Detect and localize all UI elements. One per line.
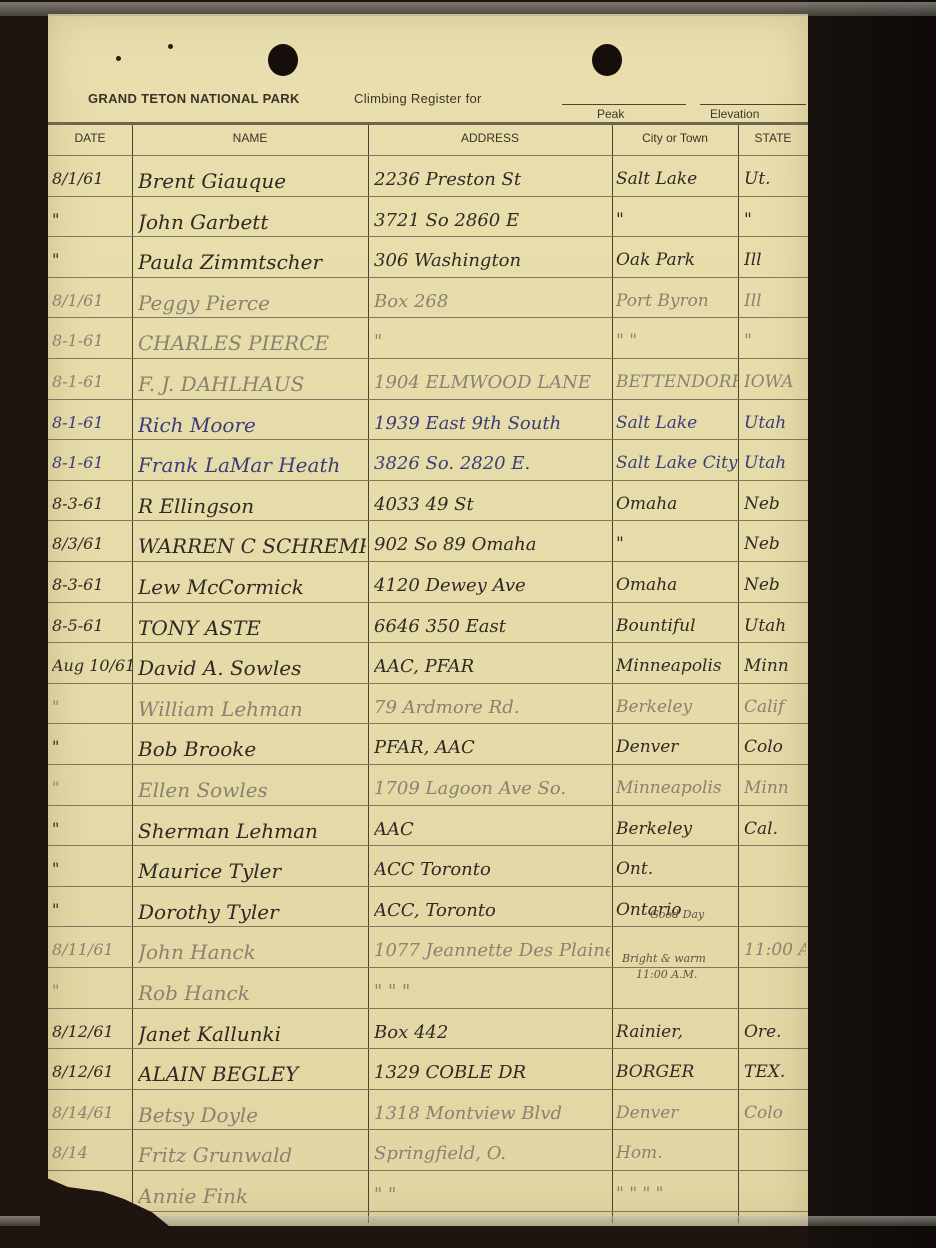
- entry-address: 4033 49 St: [374, 494, 610, 515]
- entry-date: 8/12/61: [52, 1022, 132, 1041]
- entry-name: John Hanck: [138, 940, 366, 964]
- entry-address: 902 So 89 Omaha: [374, 534, 610, 555]
- entry-address: ACC Toronto: [374, 859, 610, 880]
- entry-date: ": [52, 819, 132, 838]
- entry-city: Denver: [616, 1103, 738, 1123]
- entry-name: Fritz Grunwald: [138, 1143, 366, 1167]
- ruled-line: [48, 805, 808, 806]
- entry-address: 6646 350 East: [374, 616, 610, 637]
- entry-address: 1318 Montview Blvd: [374, 1103, 610, 1124]
- entry-name: Betsy Doyle: [138, 1103, 366, 1127]
- entry-state: Minn: [744, 656, 806, 676]
- binder-hole-left: [268, 44, 298, 76]
- entry-city: Ont.: [616, 859, 738, 879]
- entry-address: 1904 ELMWOOD LANE: [374, 372, 610, 393]
- ruled-line: [48, 1129, 808, 1130]
- entry-address: " " ": [374, 981, 610, 1002]
- ruled-line: [48, 439, 808, 440]
- entry-state: Colo: [744, 1103, 806, 1123]
- ruled-line: [48, 602, 808, 603]
- entry-date: 8/3/61: [52, 534, 132, 553]
- entry-date: ": [52, 250, 132, 269]
- entry-name: John Garbett: [138, 210, 366, 234]
- entry-state: Calif: [744, 697, 806, 717]
- park-name: GRAND TETON NATIONAL PARK: [88, 91, 300, 106]
- entry-city: " ": [616, 331, 738, 351]
- entry-state: Utah: [744, 413, 806, 433]
- time-note: 11:00 A.M.: [636, 968, 697, 981]
- entry-state: Colo: [744, 737, 806, 757]
- entry-date: 8/12/61: [52, 1062, 132, 1081]
- column-header-state: STATE: [738, 131, 808, 145]
- entry-date: 8-1-61: [52, 372, 132, 391]
- entry-city: ": [616, 210, 738, 230]
- entry-city: Rainier,: [616, 1022, 738, 1042]
- entry-city: BETTENDORF: [616, 372, 738, 392]
- entry-city: Salt Lake: [616, 413, 738, 433]
- entry-name: David A. Sowles: [138, 656, 366, 680]
- entry-name: Janet Kallunki: [138, 1022, 366, 1046]
- ruled-line: [48, 886, 808, 887]
- entry-city: Minneapolis: [616, 778, 738, 798]
- ruled-line: [48, 1211, 808, 1212]
- ruled-line: [48, 520, 808, 521]
- entry-address: 4120 Dewey Ave: [374, 575, 610, 596]
- entry-date: 8-3-61: [52, 494, 132, 513]
- entry-address: Box 442: [374, 1022, 610, 1043]
- ruled-line: [48, 399, 808, 400]
- entry-address: 79 Ardmore Rd.: [374, 697, 610, 718]
- entry-date: ": [52, 210, 132, 229]
- binder-hole-right: [592, 44, 622, 76]
- column-header-date: DATE: [48, 131, 132, 145]
- entry-date: ": [52, 900, 132, 919]
- entry-state: Ut.: [744, 169, 806, 189]
- entry-city: Bountiful: [616, 616, 738, 636]
- entry-state: Neb: [744, 575, 806, 595]
- ruled-line: [48, 155, 808, 156]
- ruled-line: [48, 723, 808, 724]
- entry-name: Peggy Pierce: [138, 291, 366, 315]
- entry-state: 11:00 AM: [744, 940, 806, 960]
- column-header-address: ADDRESS: [368, 131, 612, 145]
- paper-speck: [116, 56, 121, 61]
- dark-background-frame: [808, 0, 936, 1248]
- paper-speck: [168, 44, 173, 49]
- entry-city: Berkeley: [616, 819, 738, 839]
- entry-name: R Ellingson: [138, 494, 366, 518]
- entry-address: 306 Washington: [374, 250, 610, 271]
- entry-name: Bob Brooke: [138, 737, 366, 761]
- entry-state: Ill: [744, 291, 806, 311]
- entry-state: Utah: [744, 616, 806, 636]
- entry-date: ": [52, 737, 132, 756]
- ruled-line: [48, 277, 808, 278]
- peak-blank-line: [562, 104, 686, 105]
- entry-date: 8-1-61: [52, 331, 132, 350]
- entry-date: Aug 10/61: [52, 656, 132, 675]
- entry-name: Lew McCormick: [138, 575, 366, 599]
- weather-note: Good Day: [650, 908, 704, 921]
- entry-address: 2236 Preston St: [374, 169, 610, 190]
- entry-name: Paula Zimmtscher: [138, 250, 366, 274]
- table-top-rule: [48, 122, 808, 125]
- entry-address: AAC: [374, 819, 610, 840]
- entry-city: " " " ": [616, 1184, 738, 1204]
- entry-date: ": [52, 778, 132, 797]
- entry-date: 8/1/61: [52, 169, 132, 188]
- entry-state: Neb: [744, 534, 806, 554]
- column-divider: [612, 125, 613, 1223]
- ruled-line: [48, 845, 808, 846]
- column-header-name: NAME: [132, 131, 368, 145]
- entry-address: PFAR, AAC: [374, 737, 610, 758]
- ruled-line: [48, 480, 808, 481]
- entry-name: Rich Moore: [138, 413, 366, 437]
- entry-name: Ellen Sowles: [138, 778, 366, 802]
- column-divider: [738, 125, 739, 1223]
- register-label: Climbing Register for: [354, 91, 482, 106]
- entry-name: CHARLES PIERCE: [138, 331, 366, 355]
- entry-state: Utah: [744, 453, 806, 473]
- entry-name: Rob Hanck: [138, 981, 366, 1005]
- entry-state: Minn: [744, 778, 806, 798]
- entry-name: William Lehman: [138, 697, 366, 721]
- entry-address: Box 268: [374, 291, 610, 312]
- entry-date: 8/14/61: [52, 1103, 132, 1122]
- ruled-line: [48, 926, 808, 927]
- entry-state: IOWA: [744, 372, 806, 392]
- entry-address: 1709 Lagoon Ave So.: [374, 778, 610, 799]
- entry-state: ": [744, 331, 806, 351]
- entry-date: 8-5-61: [52, 616, 132, 635]
- entry-date: 8-1-61: [52, 413, 132, 432]
- column-divider: [368, 125, 369, 1223]
- entry-address: 3721 So 2860 E: [374, 210, 610, 231]
- entry-state: Ill: [744, 250, 806, 270]
- entry-name: Brent Giauque: [138, 169, 366, 193]
- elevation-blank-line: [700, 104, 806, 105]
- entry-city: Oak Park: [616, 250, 738, 270]
- entry-name: Maurice Tyler: [138, 859, 366, 883]
- ruled-line: [48, 1089, 808, 1090]
- entry-name: F. J. DAHLHAUS: [138, 372, 366, 396]
- peak-label: Peak: [597, 107, 624, 121]
- entry-city: Salt Lake: [616, 169, 738, 189]
- entry-address: AAC, PFAR: [374, 656, 610, 677]
- entry-state: Neb: [744, 494, 806, 514]
- entry-date: ": [52, 981, 132, 1000]
- ruled-line: [48, 358, 808, 359]
- entry-state: Ore.: [744, 1022, 806, 1042]
- entry-date: 8-3-61: [52, 575, 132, 594]
- ruled-line: [48, 1008, 808, 1009]
- entry-city: Omaha: [616, 494, 738, 514]
- column-header-city: City or Town: [612, 131, 738, 145]
- entry-address: 3826 So. 2820 E.: [374, 453, 610, 474]
- entry-name: WARREN C SCHREMPP: [138, 534, 366, 558]
- entry-state: ": [744, 210, 806, 230]
- ruled-line: [48, 642, 808, 643]
- entry-city: Salt Lake City: [616, 453, 738, 473]
- entry-date: 8/14: [52, 1143, 132, 1162]
- entry-city: Minneapolis: [616, 656, 738, 676]
- ruled-line: [48, 317, 808, 318]
- entry-city: Berkeley: [616, 697, 738, 717]
- entry-state: Cal.: [744, 819, 806, 839]
- glass-edge-top: [0, 2, 936, 16]
- ruled-line: [48, 236, 808, 237]
- entry-address: ACC, Toronto: [374, 900, 610, 921]
- elevation-label: Elevation: [710, 107, 759, 121]
- entry-address: " ": [374, 1184, 610, 1205]
- entry-address: Springfield, O.: [374, 1143, 610, 1164]
- ruled-line: [48, 1170, 808, 1171]
- entry-address: 1077 Jeannette Des Plaines, Ill: [374, 940, 610, 961]
- entry-city: BORGER: [616, 1062, 738, 1082]
- weather-note: Bright & warm: [622, 952, 706, 965]
- entry-name: Frank LaMar Heath: [138, 453, 366, 477]
- entry-city: Hom.: [616, 1143, 738, 1163]
- ruled-line: [48, 196, 808, 197]
- ruled-line: [48, 683, 808, 684]
- entry-name: ALAIN BEGLEY: [138, 1062, 366, 1086]
- entry-address: 1329 COBLE DR: [374, 1062, 610, 1083]
- entry-name: Sherman Lehman: [138, 819, 366, 843]
- entry-date: ": [52, 697, 132, 716]
- entry-state: TEX.: [744, 1062, 806, 1082]
- entry-name: Dorothy Tyler: [138, 900, 366, 924]
- entry-date: 8/11/61: [52, 940, 132, 959]
- entry-city: ": [616, 534, 738, 554]
- entry-city: Denver: [616, 737, 738, 757]
- entry-city: Omaha: [616, 575, 738, 595]
- entry-date: 8-1-61: [52, 453, 132, 472]
- entry-date: ": [52, 859, 132, 878]
- entry-date: 8/1/61: [52, 291, 132, 310]
- entry-name: Annie Fink: [138, 1184, 366, 1208]
- entry-address: 1939 East 9th South: [374, 413, 610, 434]
- ruled-line: [48, 764, 808, 765]
- ruled-line: [48, 1048, 808, 1049]
- entry-name: TONY ASTE: [138, 616, 366, 640]
- ruled-line: [48, 561, 808, 562]
- entry-address: ": [374, 331, 610, 352]
- entry-city: Port Byron: [616, 291, 738, 311]
- column-divider: [132, 125, 133, 1223]
